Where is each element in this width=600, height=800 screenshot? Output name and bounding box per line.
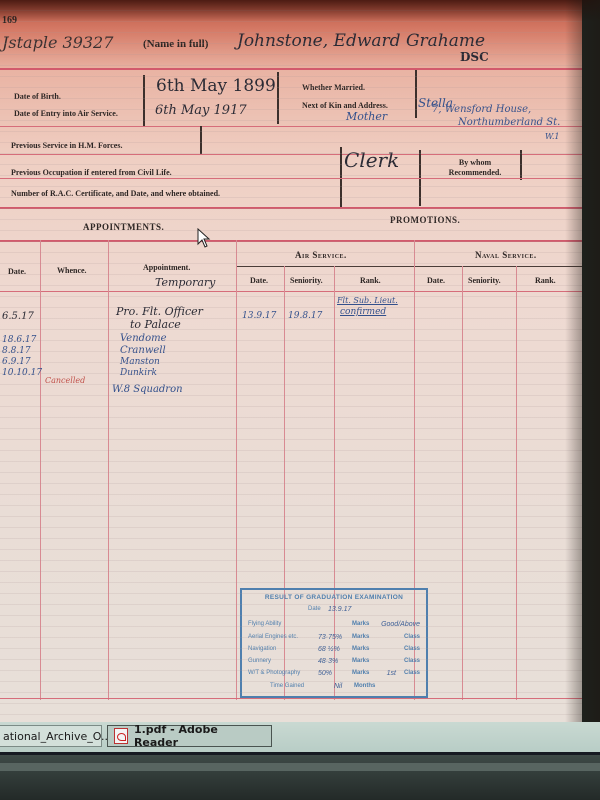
appointment-value: W.8 Squadron [112,384,183,395]
divider [0,291,582,292]
taskbar-item-adobe-reader[interactable]: 1.pdf - Adobe Reader [107,725,272,747]
taskbar-item-national-archive[interactable]: ational_Archive_O... [0,725,102,747]
mouse-cursor-icon [197,228,211,248]
label-rac-certificate: Number of R.A.C. Certificate, and Date, … [11,189,220,198]
label-next-of-kin: Next of Kin and Address. [302,101,388,110]
label-date-of-entry: Date of Entry into Air Service. [14,109,118,118]
label-previous-service: Previous Service in H.M. Forces. [11,141,122,150]
divider [40,240,41,700]
air-promotion-rank-note: confirmed [340,307,386,317]
divider [0,126,582,127]
previous-occupation-value: Clerk [344,148,399,172]
name-value: Johnstone, Edward Grahame [237,31,485,51]
appointment-date: 6.5.17 [2,311,34,322]
divider [236,240,237,700]
stamp-title: RESULT OF GRADUATION EXAMINATION [246,594,422,601]
promotions-heading: PROMOTIONS. [390,215,460,225]
air-service-heading: Air Service. [295,250,347,260]
taskbar-item-label: ational_Archive_O... [3,730,111,743]
stamp-row-class-value: Good/Above [381,621,420,628]
divider [0,178,582,179]
appointment-value: Pro. Flt. Officer [116,305,203,318]
honours: DSC [460,50,489,64]
date-of-birth-value: 6th May 1899 [156,76,276,96]
col-whence: Whence. [57,266,87,275]
stamp-row-label: Navigation [248,646,276,652]
divider [0,240,582,242]
stamp-row-unit: Marks [352,634,369,640]
divider [0,698,582,699]
col-date: Date. [8,267,26,276]
service-number: Jstaple 39327 [2,33,113,52]
appointment-value: Dunkirk [120,368,157,378]
stamp-row-unit: Marks [352,658,369,664]
label-whether-married: Whether Married. [302,83,365,92]
col-naval-date: Date. [427,276,445,285]
name-label: (Name in full) [143,38,208,50]
stamp-row-label: Gunnery [248,658,271,664]
stamp-row-class: Class [404,634,420,640]
divider [0,68,582,70]
divider [516,266,517,700]
stamp-time-label: Time Gained [270,683,304,689]
col-naval-rank: Rank. [535,276,556,285]
divider [108,240,109,700]
air-promotion-rank: Flt. Sub. Lieut. [337,296,398,305]
stamp-row-unit: Marks [352,646,369,652]
divider [200,126,202,154]
stamp-date-label: Date [308,606,321,612]
appointment-value: Cranwell [120,345,166,356]
divider [415,70,417,118]
stamp-row-value: 73·75% [318,634,342,641]
naval-service-heading: Naval Service. [475,250,537,260]
photo-shadow [0,0,600,22]
monitor-photo: 169 Jstaple 39327 (Name in full) Johnsto… [0,0,600,800]
appointment-date: 8.8.17 [2,346,31,356]
stamp-row-class-value: 1st [387,670,396,677]
col-appointment: Appointment. [143,263,190,272]
divider [277,72,279,124]
stamp-row-label: Flying Ability [248,621,281,627]
stamp-row-unit: Marks [352,621,369,627]
date-of-entry-value: 6th May 1917 [155,103,247,118]
divider [236,266,582,267]
appointment-date: 10.10.17 [2,368,42,378]
pdf-icon [114,728,128,744]
air-promotion-date: 13.9.17 [242,311,276,321]
appointment-date: 6.9.17 [2,357,31,367]
divider [0,154,582,155]
col-air-rank: Rank. [360,276,381,285]
stamp-row-value: 48·3% [318,658,338,665]
graduation-examination-stamp: RESULT OF GRADUATION EXAMINATION Date 13… [240,588,428,698]
col-air-date: Date. [250,276,268,285]
appointment-note: Temporary [155,276,215,289]
stamp-time-value: Nil [334,683,342,690]
label-date-of-birth: Date of Birth. [14,92,61,101]
stamp-row-class: Class [404,670,420,676]
stamp-date-value: 13.9.17 [328,606,351,613]
next-of-kin-relation: Mother [346,110,387,123]
stamp-row-class: Class [404,658,420,664]
divider [0,207,582,209]
divider [340,147,342,207]
stamp-time-unit: Months [354,683,375,689]
col-naval-seniority: Seniority. [468,276,501,285]
next-of-kin-address-3: W.1 [545,132,559,141]
label-previous-occupation: Previous Occupation if entered from Civi… [11,168,172,177]
taskbar: ational_Archive_O... 1.pdf - Adobe Reade… [0,722,600,755]
photo-shadow [565,0,600,730]
appointment-value: to Palace [130,318,181,331]
divider [520,150,522,180]
service-record-document: 169 Jstaple 39327 (Name in full) Johnsto… [0,0,582,725]
stamp-row-value: 68 ½% [318,646,340,653]
appointment-value: Vendome [120,333,166,344]
divider [462,266,463,700]
stamp-row-value: 50% [318,670,332,677]
stamp-row-label: W/T & Photography [248,670,300,676]
col-air-seniority: Seniority. [290,276,323,285]
stamp-row-class: Class [404,646,420,652]
appointment-date: 18.6.17 [2,335,36,345]
appointments-heading: APPOINTMENTS. [83,222,164,232]
appointment-whence: Cancelled [45,376,85,385]
label-by-whom-recommended: By whom Recommended. [440,158,510,178]
stamp-row-label: Aerial Engines etc. [248,634,298,640]
taskbar-item-label: 1.pdf - Adobe Reader [134,723,265,749]
next-of-kin-address-1: 7, Wensford House, [432,104,531,115]
divider [143,75,145,127]
appointment-value: Manston [120,357,160,367]
stamp-row-unit: Marks [352,670,369,676]
monitor-bezel [0,755,600,800]
air-promotion-seniority: 19.8.17 [288,311,322,321]
